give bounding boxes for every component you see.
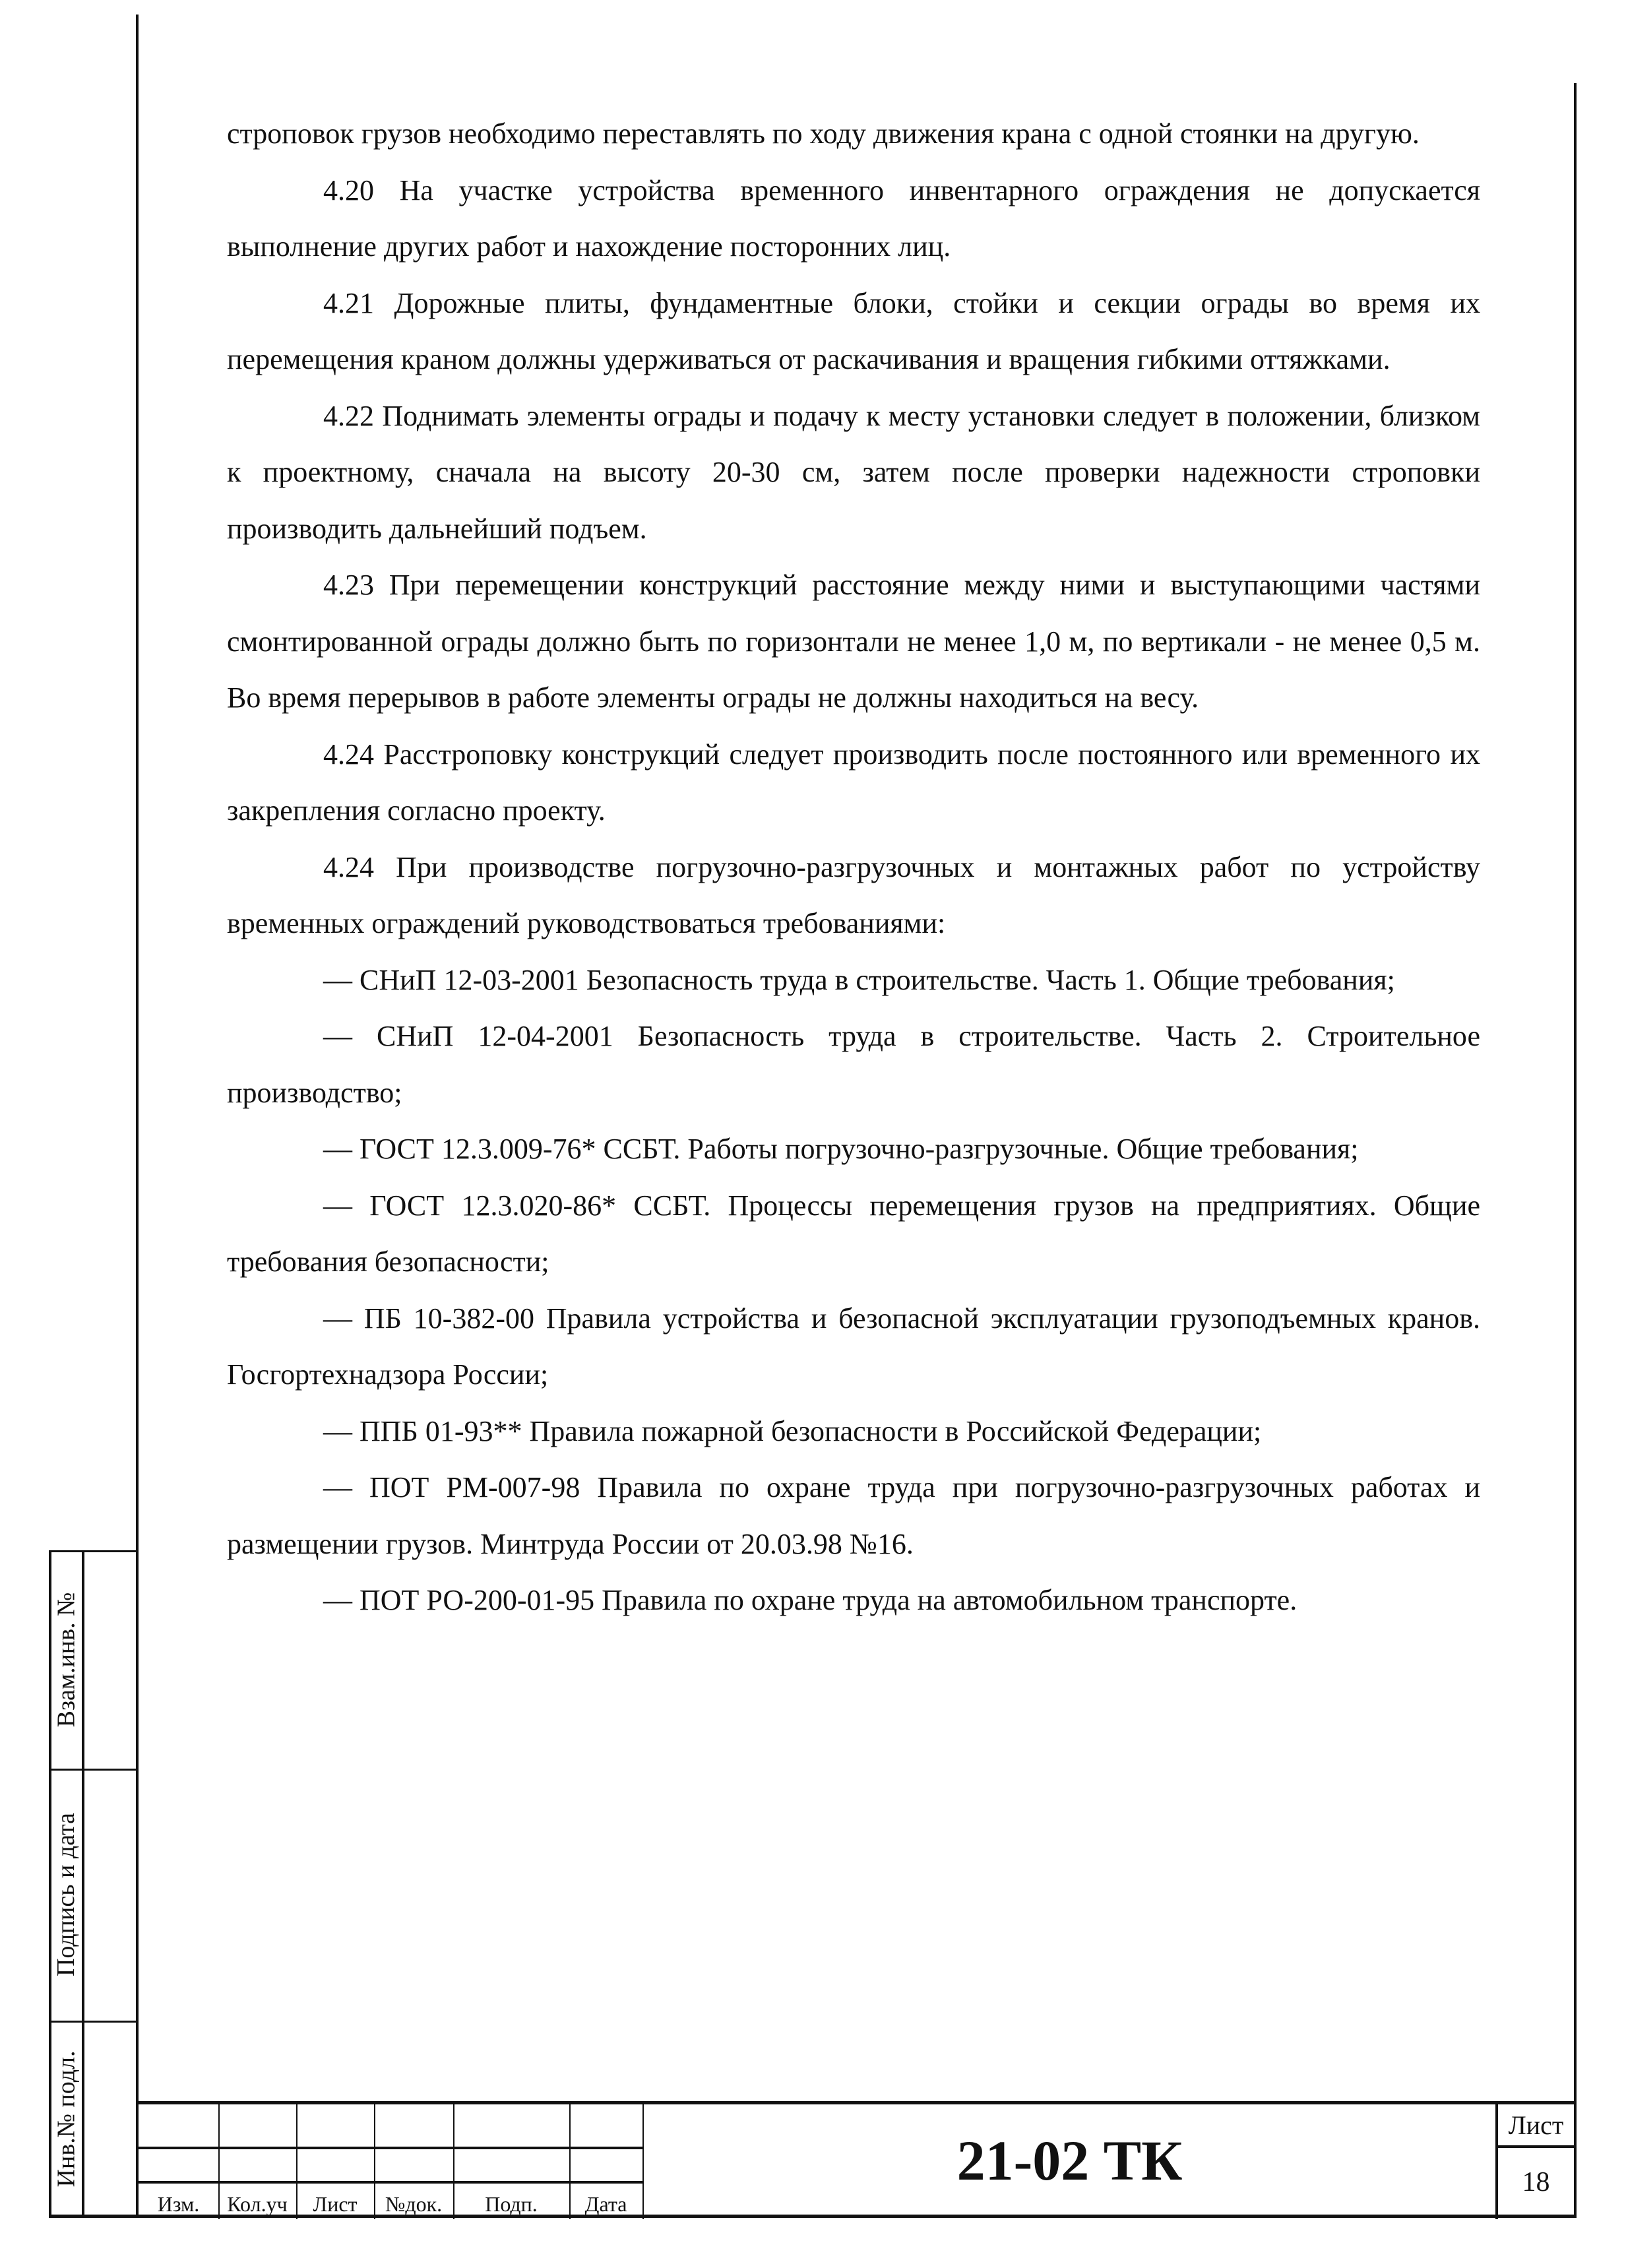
frame-right-border [1574, 83, 1577, 2218]
list-item-gost-12-3-020: — ГОСТ 12.3.020-86* ССБТ. Процессы перем… [227, 1178, 1480, 1290]
paragraph-4-24-unslinging: 4.24 Расстроповку конструкций следует пр… [227, 726, 1480, 839]
paragraph-4-20: 4.20 На участке устройства временного ин… [227, 162, 1480, 275]
side-stamp: Взам.инв. № Подпись и дата Инв.№ подл. [49, 1550, 139, 2217]
list-item-gost-12-3-009: — ГОСТ 12.3.009-76* ССБТ. Работы погрузо… [227, 1121, 1480, 1178]
paragraph-4-24-requirements: 4.24 При производстве погрузочно-разгруз… [227, 839, 1480, 952]
tb-row-divider [139, 2147, 642, 2149]
side-stamp-label-signature: Подпись и дата [50, 1769, 82, 2021]
side-stamp-label-inventory: Инв.№ подл. [50, 2021, 82, 2217]
paragraph-4-23: 4.23 При перемещении конструкций расстоя… [227, 557, 1480, 726]
list-item-pot-rm-007: — ПОТ РМ-007-98 Правила по охране труда … [227, 1459, 1480, 1572]
paragraph-4-21: 4.21 Дорожные плиты, фундаментные блоки,… [227, 275, 1480, 388]
tb-header-signature: Подп. [453, 2181, 569, 2217]
list-item-snip-12-04: — СНиП 12-04-2001 Безопасность труда в с… [227, 1008, 1480, 1121]
tb-header-doc-number: №док. [374, 2181, 453, 2217]
paragraph-4-22: 4.22 Поднимать элементы ограды и подачу … [227, 388, 1480, 557]
list-item-pb-10-382: — ПБ 10-382-00 Правила устройства и безо… [227, 1290, 1480, 1403]
list-item-snip-12-03: — СНиП 12-03-2001 Безопасность труда в с… [227, 952, 1480, 1009]
sheet-number: 18 [1497, 2148, 1575, 2217]
list-item-ppb-01-93: — ППБ 01-93** Правила пожарной безопасно… [227, 1403, 1480, 1460]
tb-header-revision: Изм. [139, 2181, 218, 2217]
side-stamp-label-replacement: Взам.инв. № [50, 1550, 82, 1769]
tb-header-count: Кол.уч [218, 2181, 296, 2217]
tb-header-date: Дата [569, 2181, 642, 2217]
side-stamp-text-inventory: Инв.№ подл. [51, 2050, 80, 2187]
side-stamp-text-replacement: Взам.инв. № [51, 1592, 80, 1727]
paragraph-continuation: строповок грузов необходимо переставлять… [227, 106, 1480, 162]
document-code: 21-02 ТК [642, 2104, 1497, 2217]
title-block: Изм. Кол.уч Лист №док. Подп. Дата 21-02 … [139, 2101, 1575, 2216]
list-item-pot-ro-200: — ПОТ РО-200-01-95 Правила по охране тру… [227, 1572, 1480, 1629]
sheet-label: Лист [1497, 2104, 1575, 2148]
side-stamp-text-signature: Подпись и дата [51, 1813, 80, 1976]
tb-header-sheet: Лист [296, 2181, 374, 2217]
document-body: строповок грузов необходимо переставлять… [227, 106, 1480, 1629]
